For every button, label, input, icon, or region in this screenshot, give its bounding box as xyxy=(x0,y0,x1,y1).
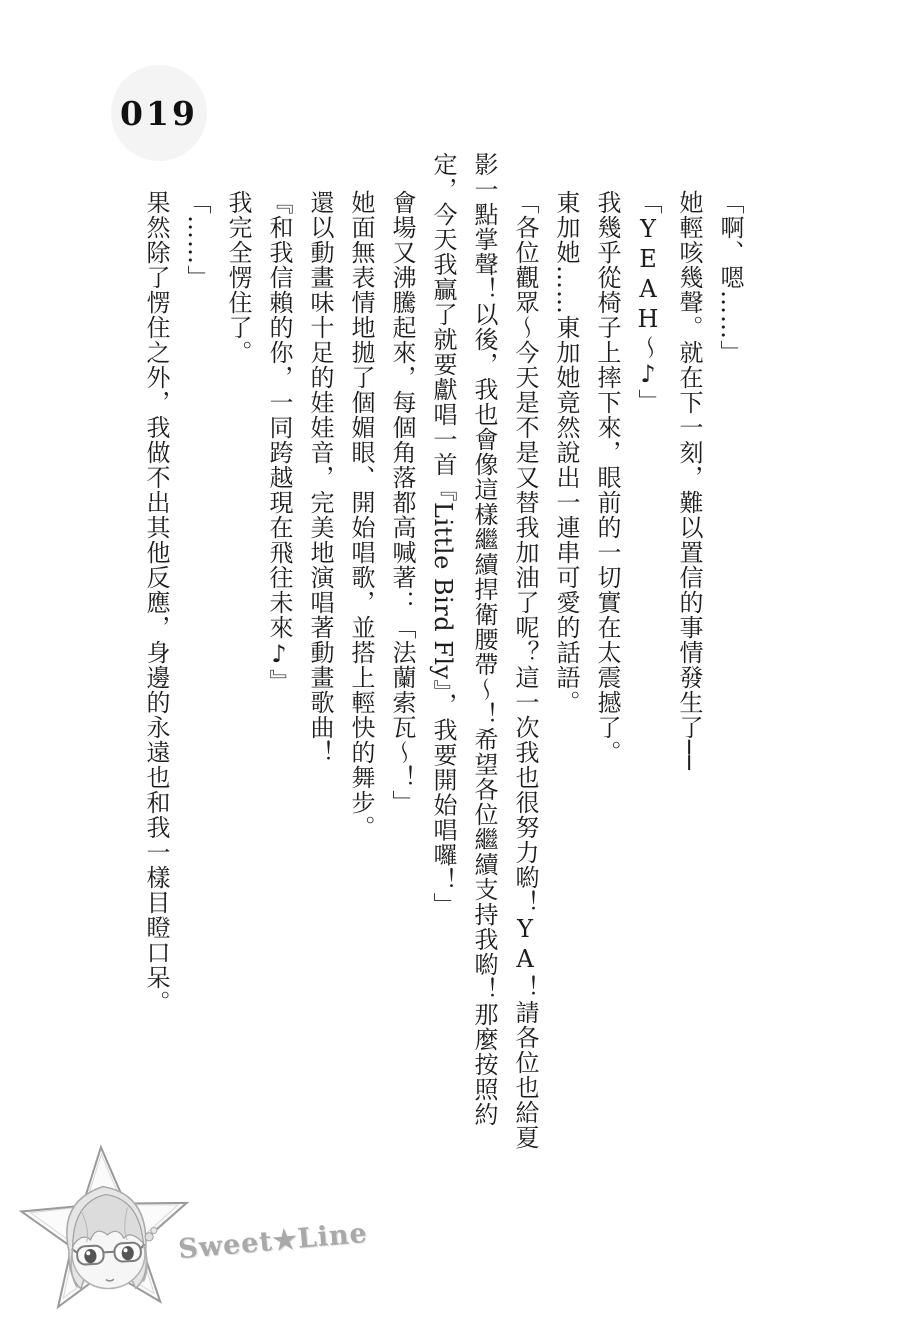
cjk-text: 我幾乎從椅子上摔下來，眼前的一切實在太震撼了。 xyxy=(593,190,621,765)
page-number-badge: 019 xyxy=(111,65,207,161)
text-line: 果然除了愣住之外，我做不出其他反應，身邊的永遠也和我一樣目瞪口呆。 xyxy=(135,152,176,1142)
text-line: 她面無表情地拋了個媚眼、開始唱歌，並搭上輕快的舞步。 xyxy=(340,152,381,1142)
text-line: 會場又沸騰起來，每個角落都高喊著：「法蘭索瓦～！」 xyxy=(381,152,422,1142)
text-line: 『和我信賴的你，一同跨越現在飛往未來♪』 xyxy=(258,152,299,1142)
cjk-text: 』，我要開始唱囉！」 xyxy=(429,680,457,918)
cjk-text: 東加她……東加她竟然說出一連串可愛的話語。 xyxy=(552,190,580,715)
cjk-text: 「各位觀眾～今天是不是又替我加油了呢？這一次我也很努力喲！ xyxy=(511,190,539,915)
cjk-text: 果然除了愣住之外，我做不出其他反應，身邊的永遠也和我一樣目瞪口呆。 xyxy=(142,190,170,1015)
latin-upright-text: YEAH xyxy=(634,215,662,335)
text-line: 還以動畫味十足的娃娃音，完美地演唱著動畫歌曲！ xyxy=(299,152,340,1142)
latin-sideways-text: Little Bird Fly xyxy=(429,502,457,680)
cjk-text: ～♪」 xyxy=(634,335,662,414)
page-number: 019 xyxy=(120,94,198,133)
cjk-text: 會場又沸騰起來，每個角落都高喊著：「法蘭索瓦～！」 xyxy=(388,190,416,815)
latin-upright-text: YA xyxy=(511,915,539,975)
text-line: 她輕咳幾聲。就在下一刻，難以置信的事情發生了── xyxy=(668,152,709,1142)
logo-text: Sweet★Line xyxy=(177,1218,369,1265)
cjk-text: ！請各位也給夏 xyxy=(511,975,539,1150)
cjk-text: 「 xyxy=(634,190,662,215)
text-line: 「……」 xyxy=(176,152,217,1142)
text-line: 「YEAH～♪」 xyxy=(627,152,668,1142)
text-line: 「各位觀眾～今天是不是又替我加油了呢？這一次我也很努力喲！YA！請各位也給夏 xyxy=(504,152,545,1142)
text-block: 「啊、嗯……」她輕咳幾聲。就在下一刻，難以置信的事情發生了──「YEAH～♪」我… xyxy=(135,152,750,1142)
text-line: 定，今天我贏了就要獻唱一首『Little Bird Fly』，我要開始唱囉！」 xyxy=(422,152,463,1142)
anime-girl-star-icon xyxy=(18,1138,198,1321)
cjk-text: 「……」 xyxy=(183,190,211,290)
text-line: 影一點掌聲！以後，我也會像這樣繼續捍衛腰帶～！希望各位繼續支持我喲！那麼按照約 xyxy=(463,152,504,1142)
cjk-text: 她面無表情地拋了個媚眼、開始唱歌，並搭上輕快的舞步。 xyxy=(347,190,375,840)
cjk-text: 還以動畫味十足的娃娃音，完美地演唱著動畫歌曲！ xyxy=(306,190,334,765)
text-line: 我完全愣住了。 xyxy=(217,152,258,1142)
cjk-text: 『和我信賴的你，一同跨越現在飛往未來♪』 xyxy=(265,190,293,694)
cjk-text: 「啊、嗯……」 xyxy=(716,190,744,365)
cjk-text: 我完全愣住了。 xyxy=(224,190,252,365)
novel-page: 019 「啊、嗯……」她輕咳幾聲。就在下一刻，難以置信的事情發生了──「YEAH… xyxy=(0,0,900,1321)
text-line: 東加她……東加她竟然說出一連串可愛的話語。 xyxy=(545,152,586,1142)
text-line: 我幾乎從椅子上摔下來，眼前的一切實在太震撼了。 xyxy=(586,152,627,1142)
cjk-text: 定，今天我贏了就要獻唱一首『 xyxy=(429,152,457,502)
text-line: 「啊、嗯……」 xyxy=(709,152,750,1142)
cjk-text: 她輕咳幾聲。就在下一刻，難以置信的事情發生了── xyxy=(675,190,703,771)
cjk-text: 影一點掌聲！以後，我也會像這樣繼續捍衛腰帶～！希望各位繼續支持我喲！那麼按照約 xyxy=(470,152,498,1127)
